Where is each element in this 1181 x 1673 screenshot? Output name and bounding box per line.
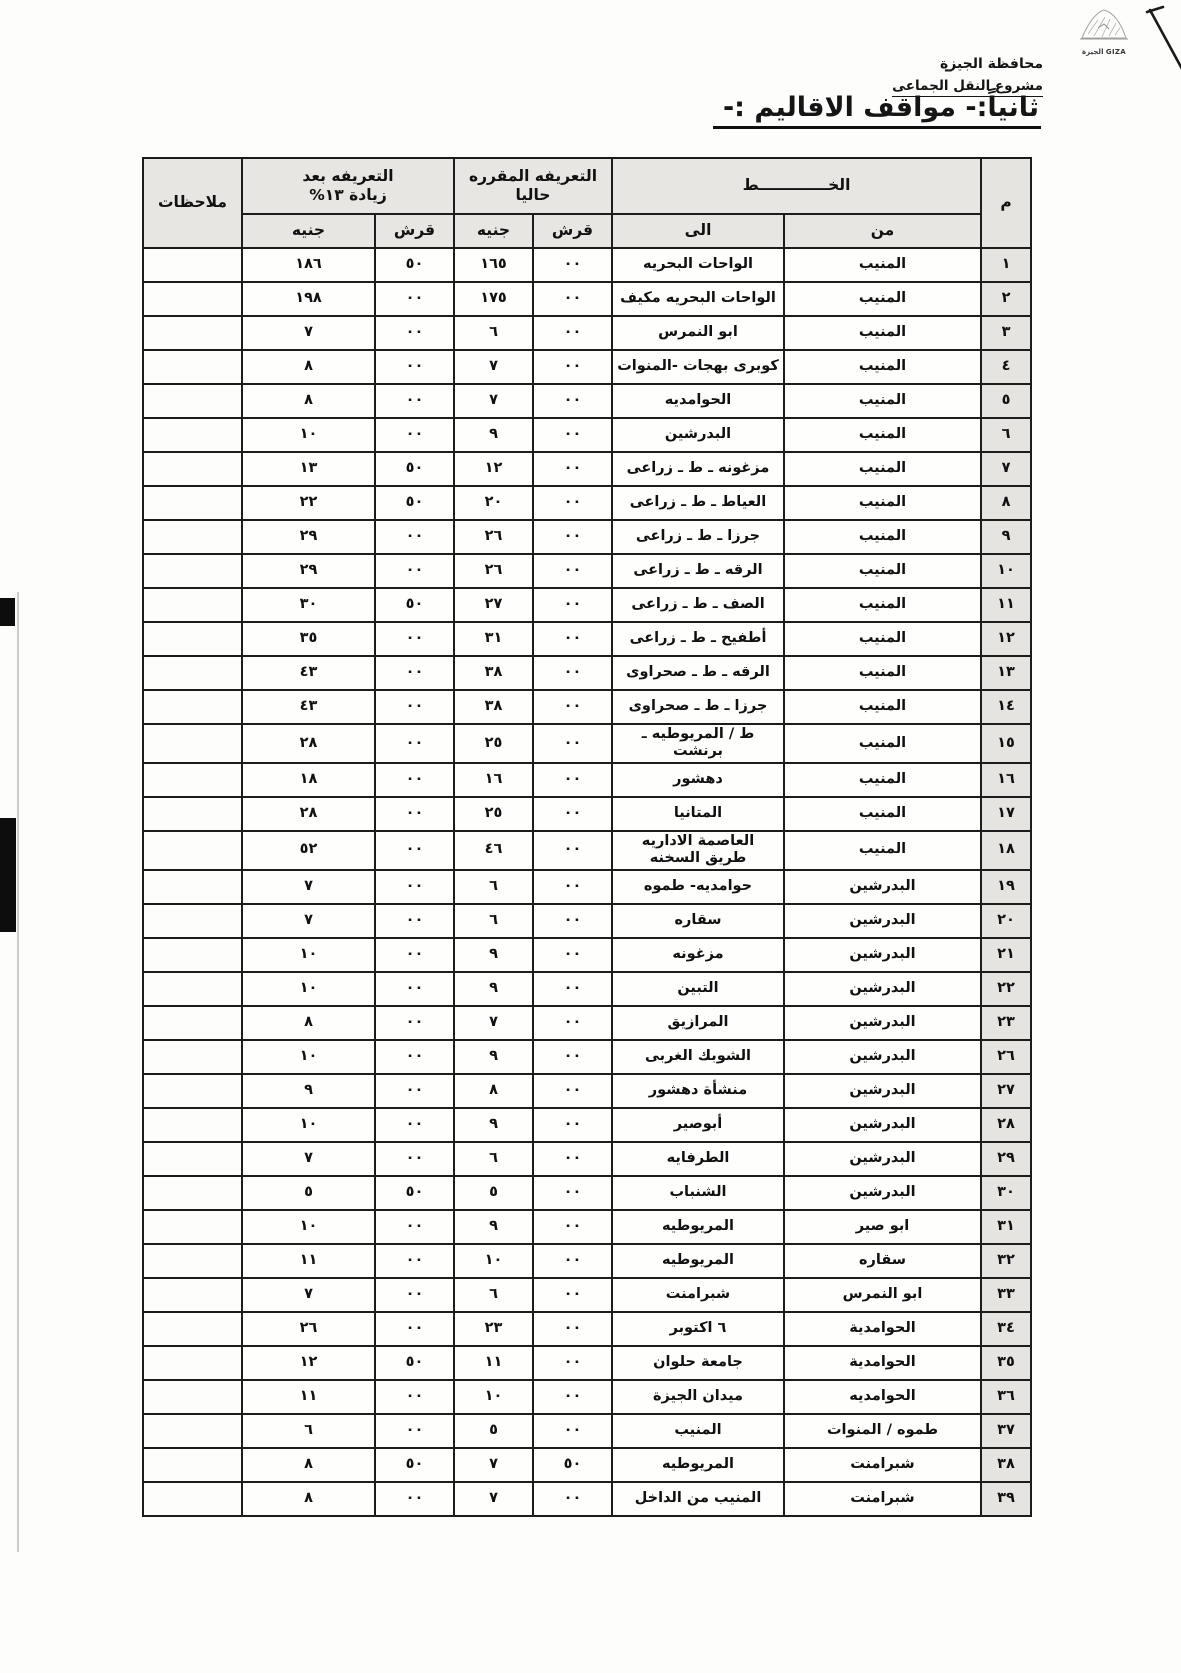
increased-qirsh-cell: ٠٠ [375,972,454,1006]
increased-genih-cell: ١٠ [242,1040,375,1074]
current-genih-cell: ٦ [454,316,533,350]
current-genih-cell: ٩ [454,972,533,1006]
increased-genih-cell: ٨ [242,1448,375,1482]
current-qirsh-cell: ٥٠ [533,1448,612,1482]
to-cell: مزغونه [612,938,784,972]
row-number-cell: ٣٢ [981,1244,1031,1278]
table-row: ١٣المنيبالرقه ـ ط ـ صحراوى٠٠٣٨٠٠٤٣ [143,656,1031,690]
scan-edge-mark [0,818,16,932]
from-cell: البدرشين [784,1176,981,1210]
to-cell: التبين [612,972,784,1006]
increased-genih-cell: ٧ [242,1142,375,1176]
current-qirsh-cell: ٠٠ [533,1380,612,1414]
current-qirsh-cell: ٠٠ [533,1006,612,1040]
increased-qirsh-cell: ٠٠ [375,282,454,316]
notes-cell [143,1142,242,1176]
to-cell: ميدان الجيزة [612,1380,784,1414]
increased-genih-cell: ٢٢ [242,486,375,520]
notes-cell [143,248,242,282]
table-row: ١٧المنيبالمتانيا٠٠٢٥٠٠٢٨ [143,797,1031,831]
increased-genih-cell: ١٠ [242,938,375,972]
to-cell: جامعة حلوان [612,1346,784,1380]
current-genih-cell: ١٢ [454,452,533,486]
increased-genih-cell: ١٠ [242,418,375,452]
current-qirsh-cell: ٠٠ [533,622,612,656]
row-number-cell: ١٨ [981,831,1031,870]
table-row: ١٥المنيبط / المريوطيه ـ برنشت٠٠٢٥٠٠٢٨ [143,724,1031,763]
increased-genih-cell: ٢٩ [242,554,375,588]
increased-qirsh-cell: ٠٠ [375,384,454,418]
table-row: ٢٧البدرشينمنشأة دهشور٠٠٨٠٠٩ [143,1074,1031,1108]
header-to: الى [612,214,784,248]
current-qirsh-cell: ٠٠ [533,520,612,554]
increased-qirsh-cell: ٠٠ [375,1074,454,1108]
increased-qirsh-cell: ٠٠ [375,763,454,797]
notes-cell [143,763,242,797]
to-cell: الشنباب [612,1176,784,1210]
row-number-cell: ١ [981,248,1031,282]
notes-cell [143,486,242,520]
current-genih-cell: ٧ [454,1482,533,1516]
from-cell: طموه / المنوات [784,1414,981,1448]
row-number-cell: ٢١ [981,938,1031,972]
current-qirsh-cell: ٠٠ [533,1346,612,1380]
current-genih-cell: ١٠ [454,1380,533,1414]
row-number-cell: ١٦ [981,763,1031,797]
increased-qirsh-cell: ٠٠ [375,418,454,452]
header-current-tariff-group: التعريفه المقرره حاليا [454,158,612,214]
increased-genih-cell: ١١ [242,1380,375,1414]
increased-genih-cell: ٧ [242,870,375,904]
increased-qirsh-cell: ٠٠ [375,1278,454,1312]
current-genih-cell: ٥ [454,1414,533,1448]
scan-edge-line [17,592,19,1552]
current-genih-cell: ٦ [454,870,533,904]
to-cell: الرقه ـ ط ـ صحراوى [612,656,784,690]
table-row: ٦المنيبالبدرشين٠٠٩٠٠١٠ [143,418,1031,452]
increased-qirsh-cell: ٠٠ [375,1210,454,1244]
from-cell: المنيب [784,418,981,452]
from-cell: الحوامديه [784,1380,981,1414]
from-cell: سقاره [784,1244,981,1278]
notes-cell [143,622,242,656]
current-qirsh-cell: ٠٠ [533,554,612,588]
current-qirsh-cell: ٠٠ [533,690,612,724]
table-row: ٣٣ابو النمرسشبرامنت٠٠٦٠٠٧ [143,1278,1031,1312]
increased-genih-cell: ١٢ [242,1346,375,1380]
to-cell: المريوطيه [612,1448,784,1482]
increased-qirsh-cell: ٠٠ [375,1108,454,1142]
increased-genih-cell: ١٠ [242,972,375,1006]
to-cell: المنيب [612,1414,784,1448]
increased-qirsh-cell: ٥٠ [375,248,454,282]
row-number-cell: ٣٠ [981,1176,1031,1210]
from-cell: شبرامنت [784,1448,981,1482]
to-cell: الرقه ـ ط ـ زراعى [612,554,784,588]
row-number-cell: ٢ [981,282,1031,316]
current-genih-cell: ٧ [454,1448,533,1482]
increased-qirsh-cell: ٠٠ [375,938,454,972]
row-number-cell: ١٤ [981,690,1031,724]
row-number-cell: ٢٩ [981,1142,1031,1176]
from-cell: شبرامنت [784,1482,981,1516]
current-genih-cell: ٦ [454,904,533,938]
current-genih-cell: ٣٨ [454,656,533,690]
increased-genih-cell: ٢٨ [242,724,375,763]
fare-table-body: ١المنيبالواحات البحريه٠٠١٦٥٥٠١٨٦٢المنيبا… [143,248,1031,1516]
from-cell: المنيب [784,350,981,384]
table-row: ٥المنيبالحوامديه٠٠٧٠٠٨ [143,384,1031,418]
table-row: ٣٦الحوامديهميدان الجيزة٠٠١٠٠٠١١ [143,1380,1031,1414]
from-cell: المنيب [784,554,981,588]
table-row: ٢٦البدرشينالشوبك الغربى٠٠٩٠٠١٠ [143,1040,1031,1074]
current-genih-cell: ١٦ [454,763,533,797]
notes-cell [143,1448,242,1482]
current-genih-cell: ٥ [454,1176,533,1210]
from-cell: المنيب [784,724,981,763]
increased-qirsh-cell: ٠٠ [375,520,454,554]
row-number-cell: ٢٠ [981,904,1031,938]
current-qirsh-cell: ٠٠ [533,831,612,870]
row-number-cell: ٨ [981,486,1031,520]
row-number-cell: ٣٧ [981,1414,1031,1448]
row-number-cell: ٢٧ [981,1074,1031,1108]
row-number-cell: ١٣ [981,656,1031,690]
increased-qirsh-cell: ٥٠ [375,1346,454,1380]
header-sub-row: من الى قرش جنيه قرش جنيه [143,214,1031,248]
table-row: ٤المنيبكوبرى بهجات -المنوات٠٠٧٠٠٨ [143,350,1031,384]
notes-cell [143,1040,242,1074]
current-qirsh-cell: ٠٠ [533,316,612,350]
increased-genih-cell: ١٩٨ [242,282,375,316]
from-cell: البدرشين [784,972,981,1006]
from-cell: المنيب [784,763,981,797]
current-qirsh-cell: ٠٠ [533,452,612,486]
header-notes: ملاحظات [143,158,242,248]
row-number-cell: ٣٦ [981,1380,1031,1414]
table-row: ٢٢البدرشينالتبين٠٠٩٠٠١٠ [143,972,1031,1006]
to-cell: المنيب من الداخل [612,1482,784,1516]
notes-cell [143,520,242,554]
header-increased-qirsh: قرش [375,214,454,248]
current-genih-cell: ٩ [454,418,533,452]
current-genih-cell: ٢٧ [454,588,533,622]
giza-logo: الجيزة GIZA [1076,4,1132,56]
current-qirsh-cell: ٠٠ [533,588,612,622]
increased-genih-cell: ٥ [242,1176,375,1210]
notes-cell [143,724,242,763]
table-row: ١٩البدرشينحوامديه- طموه٠٠٦٠٠٧ [143,870,1031,904]
row-number-cell: ٣٩ [981,1482,1031,1516]
table-row: ٧المنيبمزغونه ـ ط ـ زراعى٠٠١٢٥٠١٣ [143,452,1031,486]
current-qirsh-cell: ٠٠ [533,972,612,1006]
from-cell: المنيب [784,486,981,520]
increased-genih-cell: ١٨٦ [242,248,375,282]
notes-cell [143,1414,242,1448]
increased-genih-cell: ٤٣ [242,656,375,690]
to-cell: الواحات البحريه مكيف [612,282,784,316]
increased-genih-cell: ٨ [242,1482,375,1516]
current-qirsh-cell: ٠٠ [533,724,612,763]
header-current-genih: جنيه [454,214,533,248]
to-cell: الصف ـ ط ـ زراعى [612,588,784,622]
from-cell: المنيب [784,588,981,622]
current-genih-cell: ٤٦ [454,831,533,870]
page-title: ثانياً:- مواقف الاقاليم :- [713,92,1041,129]
to-cell: أطفيح ـ ط ـ زراعى [612,622,784,656]
current-qirsh-cell: ٠٠ [533,1142,612,1176]
row-number-cell: ٢٢ [981,972,1031,1006]
to-cell: الشوبك الغربى [612,1040,784,1074]
table-row: ١٤المنيبجرزا ـ ط ـ صحراوى٠٠٣٨٠٠٤٣ [143,690,1031,724]
table-row: ٢٩البدرشينالطرفايه٠٠٦٠٠٧ [143,1142,1031,1176]
from-cell: البدرشين [784,1108,981,1142]
table-row: ٢٣البدرشينالمرازيق٠٠٧٠٠٨ [143,1006,1031,1040]
current-qirsh-cell: ٠٠ [533,797,612,831]
current-qirsh-cell: ٠٠ [533,870,612,904]
from-cell: البدرشين [784,1006,981,1040]
dash-mark: – [944,60,953,80]
current-qirsh-cell: ٠٠ [533,384,612,418]
increased-genih-cell: ٥٢ [242,831,375,870]
from-cell: المنيب [784,690,981,724]
current-genih-cell: ٢٥ [454,724,533,763]
current-genih-cell: ٢٠ [454,486,533,520]
table-row: ١المنيبالواحات البحريه٠٠١٦٥٥٠١٨٦ [143,248,1031,282]
current-qirsh-cell: ٠٠ [533,1040,612,1074]
notes-cell [143,1176,242,1210]
current-genih-cell: ٢٥ [454,797,533,831]
notes-cell [143,1278,242,1312]
table-row: ٨المنيبالعياط ـ ط ـ زراعى٠٠٢٠٥٠٢٢ [143,486,1031,520]
from-cell: المنيب [784,282,981,316]
increased-qirsh-cell: ٠٠ [375,1040,454,1074]
to-cell: شبرامنت [612,1278,784,1312]
current-qirsh-cell: ٠٠ [533,1244,612,1278]
table-row: ٣٩شبرامنتالمنيب من الداخل٠٠٧٠٠٨ [143,1482,1031,1516]
from-cell: البدرشين [784,870,981,904]
to-cell: المريوطيه [612,1210,784,1244]
from-cell: المنيب [784,316,981,350]
scan-edge-mark [0,598,15,626]
pyramid-sketch-icon [1078,4,1130,46]
to-cell: سقاره [612,904,784,938]
from-cell: البدرشين [784,1040,981,1074]
table-row: ٢٠البدرشينسقاره٠٠٦٠٠٧ [143,904,1031,938]
current-genih-cell: ٦ [454,1142,533,1176]
to-cell: دهشور [612,763,784,797]
row-number-cell: ٣١ [981,1210,1031,1244]
row-number-cell: ١٧ [981,797,1031,831]
row-number-cell: ٣٨ [981,1448,1031,1482]
notes-cell [143,1210,242,1244]
increased-qirsh-cell: ٠٠ [375,831,454,870]
current-genih-cell: ٣٨ [454,690,533,724]
increased-qirsh-cell: ٠٠ [375,1244,454,1278]
table-row: ١١المنيبالصف ـ ط ـ زراعى٠٠٢٧٥٠٣٠ [143,588,1031,622]
current-genih-cell: ٩ [454,1210,533,1244]
from-cell: البدرشين [784,904,981,938]
notes-cell [143,938,242,972]
from-cell: المنيب [784,622,981,656]
current-qirsh-cell: ٠٠ [533,1278,612,1312]
header-current-qirsh: قرش [533,214,612,248]
from-cell: ابو صير [784,1210,981,1244]
increased-qirsh-cell: ٠٠ [375,1380,454,1414]
table-row: ٣٧طموه / المنواتالمنيب٠٠٥٠٠٦ [143,1414,1031,1448]
current-qirsh-cell: ٠٠ [533,1074,612,1108]
table-row: ١٨المنيبالعاصمة الاداريه طريق السخنه٠٠٤٦… [143,831,1031,870]
increased-qirsh-cell: ٠٠ [375,1312,454,1346]
increased-qirsh-cell: ٥٠ [375,1448,454,1482]
table-row: ٢٨البدرشينأبوصير٠٠٩٠٠١٠ [143,1108,1031,1142]
row-number-cell: ٣٤ [981,1312,1031,1346]
current-genih-cell: ٣١ [454,622,533,656]
increased-qirsh-cell: ٠٠ [375,1482,454,1516]
table-row: ١٦المنيبدهشور٠٠١٦٠٠١٨ [143,763,1031,797]
row-number-cell: ٧ [981,452,1031,486]
current-genih-cell: ٩ [454,938,533,972]
increased-genih-cell: ١٣ [242,452,375,486]
increased-genih-cell: ١١ [242,1244,375,1278]
notes-cell [143,656,242,690]
current-genih-cell: ٢٣ [454,1312,533,1346]
table-row: ٣٢سقارهالمريوطيه٠٠١٠٠٠١١ [143,1244,1031,1278]
current-genih-cell: ٢٦ [454,554,533,588]
row-number-cell: ١٥ [981,724,1031,763]
notes-cell [143,797,242,831]
increased-qirsh-cell: ٥٠ [375,486,454,520]
header-increased-genih: جنيه [242,214,375,248]
notes-cell [143,972,242,1006]
current-qirsh-cell: ٠٠ [533,248,612,282]
current-qirsh-cell: ٠٠ [533,486,612,520]
current-genih-cell: ٧ [454,350,533,384]
current-genih-cell: ٧ [454,1006,533,1040]
row-number-cell: ١٩ [981,870,1031,904]
increased-genih-cell: ٩ [242,1074,375,1108]
notes-cell [143,282,242,316]
to-cell: جرزا ـ ط ـ صحراوى [612,690,784,724]
current-genih-cell: ٨ [454,1074,533,1108]
increased-genih-cell: ٢٩ [242,520,375,554]
governorate-name: محافظة الجيزة [892,55,1043,75]
increased-genih-cell: ٢٦ [242,1312,375,1346]
current-genih-cell: ٦ [454,1278,533,1312]
increased-qirsh-cell: ٠٠ [375,656,454,690]
table-row: ٣٨شبرامنتالمريوطيه٥٠٧٥٠٨ [143,1448,1031,1482]
from-cell: المنيب [784,656,981,690]
table-row: ٣٤الحوامدية٦ اكتوبر٠٠٢٣٠٠٢٦ [143,1312,1031,1346]
row-number-cell: ٦ [981,418,1031,452]
notes-cell [143,1312,242,1346]
increased-genih-cell: ١٨ [242,763,375,797]
increased-qirsh-cell: ٠٠ [375,1142,454,1176]
from-cell: ابو النمرس [784,1278,981,1312]
row-number-cell: ١١ [981,588,1031,622]
current-qirsh-cell: ٠٠ [533,938,612,972]
increased-genih-cell: ٣٥ [242,622,375,656]
increased-genih-cell: ١٠ [242,1210,375,1244]
table-row: ٩المنيبجرزا ـ ط ـ زراعى٠٠٢٦٠٠٢٩ [143,520,1031,554]
to-cell: العياط ـ ط ـ زراعى [612,486,784,520]
to-cell: الحوامديه [612,384,784,418]
table-row: ١٠المنيبالرقه ـ ط ـ زراعى٠٠٢٦٠٠٢٩ [143,554,1031,588]
row-number-cell: ١٢ [981,622,1031,656]
header-line-group: الخـــــــــــــط [612,158,981,214]
current-qirsh-cell: ٠٠ [533,350,612,384]
current-genih-cell: ١٦٥ [454,248,533,282]
increased-qirsh-cell: ٠٠ [375,870,454,904]
current-genih-cell: ١٧٥ [454,282,533,316]
to-cell: جرزا ـ ط ـ زراعى [612,520,784,554]
notes-cell [143,1006,242,1040]
row-number-cell: ٤ [981,350,1031,384]
to-cell: حوامديه- طموه [612,870,784,904]
from-cell: المنيب [784,248,981,282]
current-genih-cell: ٩ [454,1108,533,1142]
increased-qirsh-cell: ٠٠ [375,622,454,656]
increased-qirsh-cell: ٥٠ [375,1176,454,1210]
to-cell: أبوصير [612,1108,784,1142]
from-cell: المنيب [784,384,981,418]
notes-cell [143,1108,242,1142]
increased-genih-cell: ٤٣ [242,690,375,724]
notes-cell [143,831,242,870]
current-qirsh-cell: ٠٠ [533,1414,612,1448]
table-row: ٣٠البدرشينالشنباب٠٠٥٥٠٥ [143,1176,1031,1210]
current-genih-cell: ١٠ [454,1244,533,1278]
current-qirsh-cell: ٠٠ [533,656,612,690]
notes-cell [143,588,242,622]
to-cell: البدرشين [612,418,784,452]
row-number-cell: ٣ [981,316,1031,350]
from-cell: البدرشين [784,1074,981,1108]
increased-genih-cell: ٨ [242,384,375,418]
row-number-cell: ٣٥ [981,1346,1031,1380]
increased-qirsh-cell: ٠٠ [375,316,454,350]
increased-qirsh-cell: ٠٠ [375,797,454,831]
to-cell: مزغونه ـ ط ـ زراعى [612,452,784,486]
notes-cell [143,452,242,486]
increased-genih-cell: ٧ [242,1278,375,1312]
current-qirsh-cell: ٠٠ [533,418,612,452]
scanned-document-page: الجيزة GIZA محافظة الجيزة مشروع النقل ال… [0,0,1181,1673]
current-qirsh-cell: ٠٠ [533,1312,612,1346]
header-no: م [981,158,1031,248]
notes-cell [143,418,242,452]
increased-qirsh-cell: ٥٠ [375,588,454,622]
increased-qirsh-cell: ٠٠ [375,904,454,938]
notes-cell [143,350,242,384]
to-cell: العاصمة الاداريه طريق السخنه [612,831,784,870]
fare-table: م الخـــــــــــــط التعريفه المقرره حال… [142,157,1032,1517]
table-row: ٣١ابو صيرالمريوطيه٠٠٩٠٠١٠ [143,1210,1031,1244]
header-group-row: م الخـــــــــــــط التعريفه المقرره حال… [143,158,1031,214]
row-number-cell: ٢٦ [981,1040,1031,1074]
increased-genih-cell: ٢٨ [242,797,375,831]
increased-qirsh-cell: ٥٠ [375,452,454,486]
increased-genih-cell: ٣٠ [242,588,375,622]
header-increased-tariff-group: التعريفه بعد زيادة ١٣% [242,158,454,214]
increased-qirsh-cell: ٠٠ [375,1414,454,1448]
table-row: ٣٥الحوامديةجامعة حلوان٠٠١١٥٠١٢ [143,1346,1031,1380]
notes-cell [143,1244,242,1278]
table-row: ١٢المنيبأطفيح ـ ط ـ زراعى٠٠٣١٠٠٣٥ [143,622,1031,656]
from-cell: البدرشين [784,938,981,972]
to-cell: ٦ اكتوبر [612,1312,784,1346]
from-cell: الحوامدية [784,1312,981,1346]
